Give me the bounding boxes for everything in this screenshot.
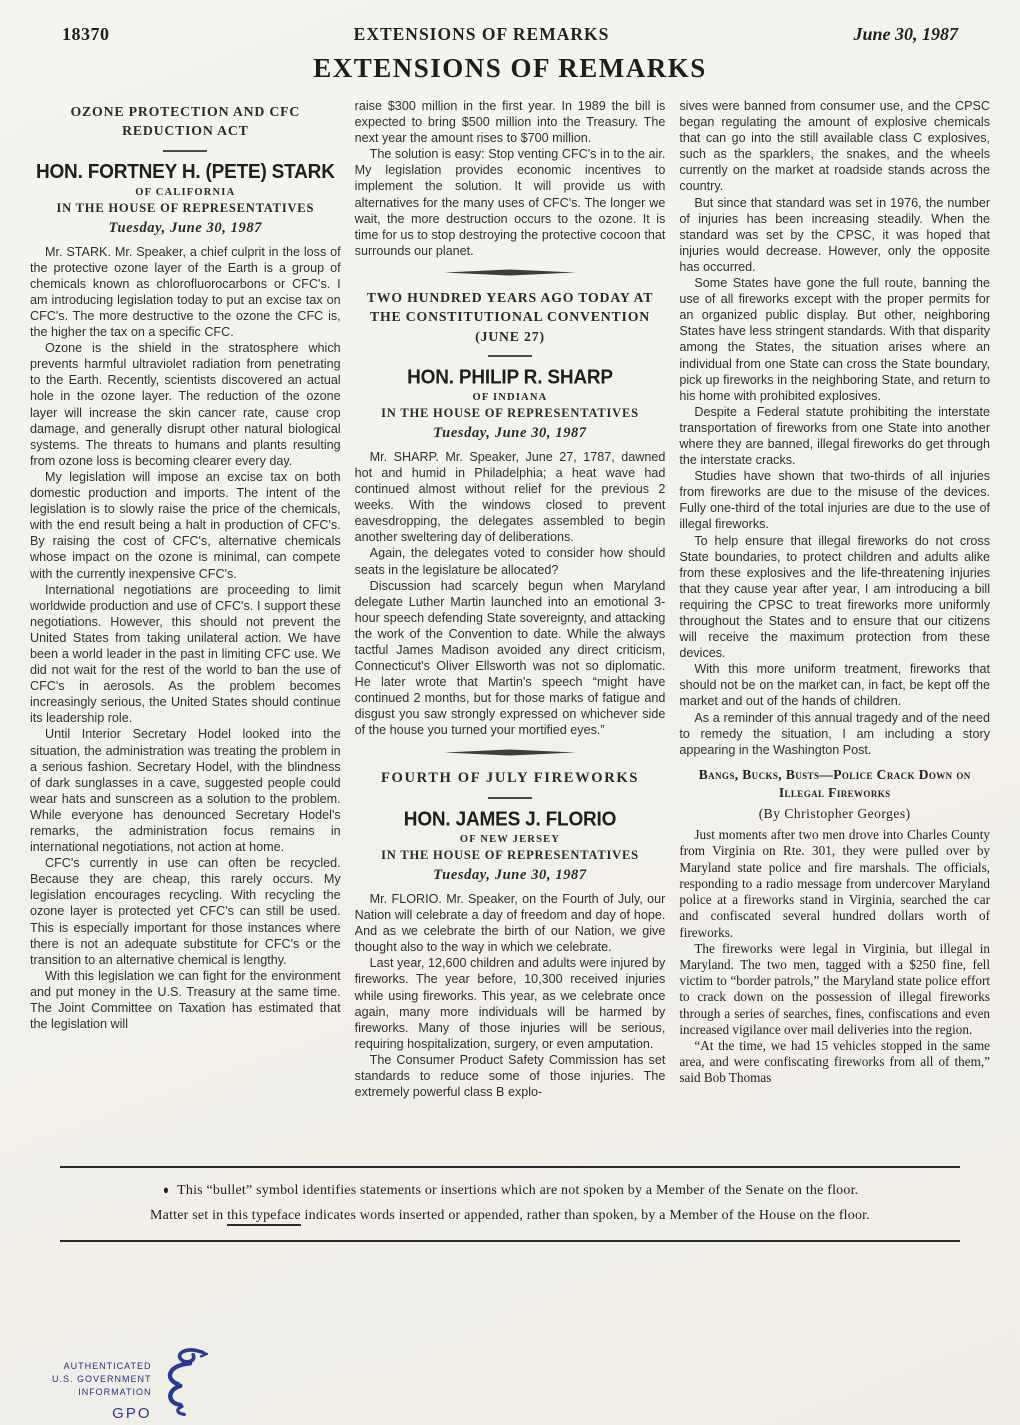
paragraph: Discussion had scarcely begun when Maryl… — [355, 578, 666, 739]
header-date: June 30, 1987 — [853, 24, 958, 45]
paragraph: CFC's currently in use can often be recy… — [30, 855, 341, 968]
title-rule — [163, 150, 207, 152]
section-separator — [355, 269, 666, 276]
paragraph: Despite a Federal statute prohibiting th… — [679, 404, 990, 468]
section-separator — [355, 749, 666, 756]
paragraph: raise $300 million in the first year. In… — [355, 98, 666, 146]
footer-note-box: ● This “bullet” symbol identifies statem… — [60, 1166, 960, 1242]
page-title: EXTENSIONS OF REMARKS — [0, 53, 1020, 84]
post-story-byline: (By Christopher Georges) — [679, 806, 990, 822]
paragraph: “At the time, we had 15 vehicles stopped… — [679, 1038, 990, 1087]
title-rule — [488, 797, 532, 799]
paragraph: Last year, 12,600 children and adults we… — [355, 955, 666, 1052]
speaker-state: OF INDIANA — [355, 392, 666, 403]
speaker-state: OF NEW JERSEY — [355, 834, 666, 845]
paragraph: Some States have gone the full route, ba… — [679, 275, 990, 404]
footer-typeface-prefix: Matter set in — [150, 1208, 227, 1223]
paragraph: International negotiations are proceedin… — [30, 582, 341, 727]
column-1: OZONE PROTECTION AND CFC REDUCTION ACT H… — [30, 98, 341, 1154]
running-head: EXTENSIONS OF REMARKS — [354, 24, 610, 45]
session-date: Tuesday, June 30, 1987 — [30, 220, 341, 237]
footer-typeface-line: Matter set in this typeface indicates wo… — [74, 1204, 946, 1229]
footer-bullet-text: This “bullet” symbol identifies statemen… — [177, 1183, 858, 1198]
paragraph: Just moments after two men drove into Ch… — [679, 827, 990, 940]
paragraph: As a reminder of this annual tragedy and… — [679, 710, 990, 758]
three-column-body: OZONE PROTECTION AND CFC REDUCTION ACT H… — [0, 84, 1020, 1154]
paragraph: The Consumer Product Safety Commission h… — [355, 1052, 666, 1100]
speaker-name-sharp: HON. PHILIP R. SHARP — [355, 366, 666, 389]
paragraph: With this legislation we can fight for t… — [30, 968, 341, 1032]
title-rule — [488, 355, 532, 357]
paragraph: But since that standard was set in 1976,… — [679, 195, 990, 275]
chamber-line: IN THE HOUSE OF REPRESENTATIVES — [355, 848, 666, 863]
column-3: sives were banned from consumer use, and… — [679, 98, 990, 1154]
paragraph: The fireworks were legal in Virginia, bu… — [679, 941, 990, 1038]
gpo-label: GPO — [52, 1403, 152, 1425]
gpo-auth-line: AUTHENTICATED — [52, 1360, 152, 1373]
article-title-fireworks: FOURTH OF JULY FIREWORKS — [361, 768, 660, 788]
paragraph: To help ensure that illegal fireworks do… — [679, 533, 990, 662]
speaker-name-florio: HON. JAMES J. FLORIO — [355, 808, 666, 831]
page-number: 18370 — [62, 24, 110, 45]
paragraph: Until Interior Secretary Hodel looked in… — [30, 726, 341, 855]
footer-typeface-sample: this typeface — [227, 1208, 301, 1226]
session-date: Tuesday, June 30, 1987 — [355, 425, 666, 442]
chamber-line: IN THE HOUSE OF REPRESENTATIVES — [355, 406, 666, 421]
paragraph: Mr. SHARP. Mr. Speaker, June 27, 1787, d… — [355, 449, 666, 546]
page-header: 18370 EXTENSIONS OF REMARKS June 30, 198… — [0, 0, 1020, 45]
paragraph: Ozone is the shield in the stratosphere … — [30, 340, 341, 469]
footer-typeface-suffix: indicates words inserted or appended, ra… — [301, 1208, 870, 1223]
speaker-state: OF CALIFORNIA — [30, 187, 341, 198]
congressional-record-page: 18370 EXTENSIONS OF REMARKS June 30, 198… — [0, 0, 1020, 1425]
paragraph: Studies have shown that two-thirds of al… — [679, 468, 990, 532]
paragraph: The solution is easy: Stop venting CFC's… — [355, 146, 666, 259]
article-title-constitution: TWO HUNDRED YEARS AGO TODAY AT THE CONST… — [361, 288, 660, 346]
paragraph: Again, the delegates voted to consider h… — [355, 545, 666, 577]
bullet-icon: ● — [163, 1179, 169, 1202]
footer-bullet-line: ● This “bullet” symbol identifies statem… — [74, 1179, 946, 1204]
gpo-auth-text: AUTHENTICATED U.S. GOVERNMENT INFORMATIO… — [52, 1348, 152, 1425]
gpo-authentication-logo: AUTHENTICATED U.S. GOVERNMENT INFORMATIO… — [52, 1348, 208, 1425]
tapered-rule-icon — [444, 749, 576, 756]
column-2: raise $300 million in the first year. In… — [355, 98, 666, 1154]
chamber-line: IN THE HOUSE OF REPRESENTATIVES — [30, 201, 341, 216]
gpo-auth-line: U.S. GOVERNMENT — [52, 1373, 152, 1386]
gpo-auth-line: INFORMATION — [52, 1386, 152, 1399]
paragraph: Mr. FLORIO. Mr. Speaker, on the Fourth o… — [355, 891, 666, 955]
post-story-heading: Bangs, Bucks, Busts—Police Crack Down on… — [683, 766, 986, 802]
paragraph: sives were banned from consumer use, and… — [679, 98, 990, 195]
session-date: Tuesday, June 30, 1987 — [355, 867, 666, 884]
paragraph: With this more uniform treatment, firewo… — [679, 661, 990, 709]
tapered-rule-icon — [444, 269, 576, 276]
paragraph: Mr. STARK. Mr. Speaker, a chief culprit … — [30, 244, 341, 341]
speaker-name-stark: HON. FORTNEY H. (PETE) STARK — [30, 161, 341, 184]
gpo-eagle-icon — [156, 1346, 208, 1421]
paragraph: My legislation will impose an excise tax… — [30, 469, 341, 582]
article-title-ozone: OZONE PROTECTION AND CFC REDUCTION ACT — [36, 102, 335, 141]
